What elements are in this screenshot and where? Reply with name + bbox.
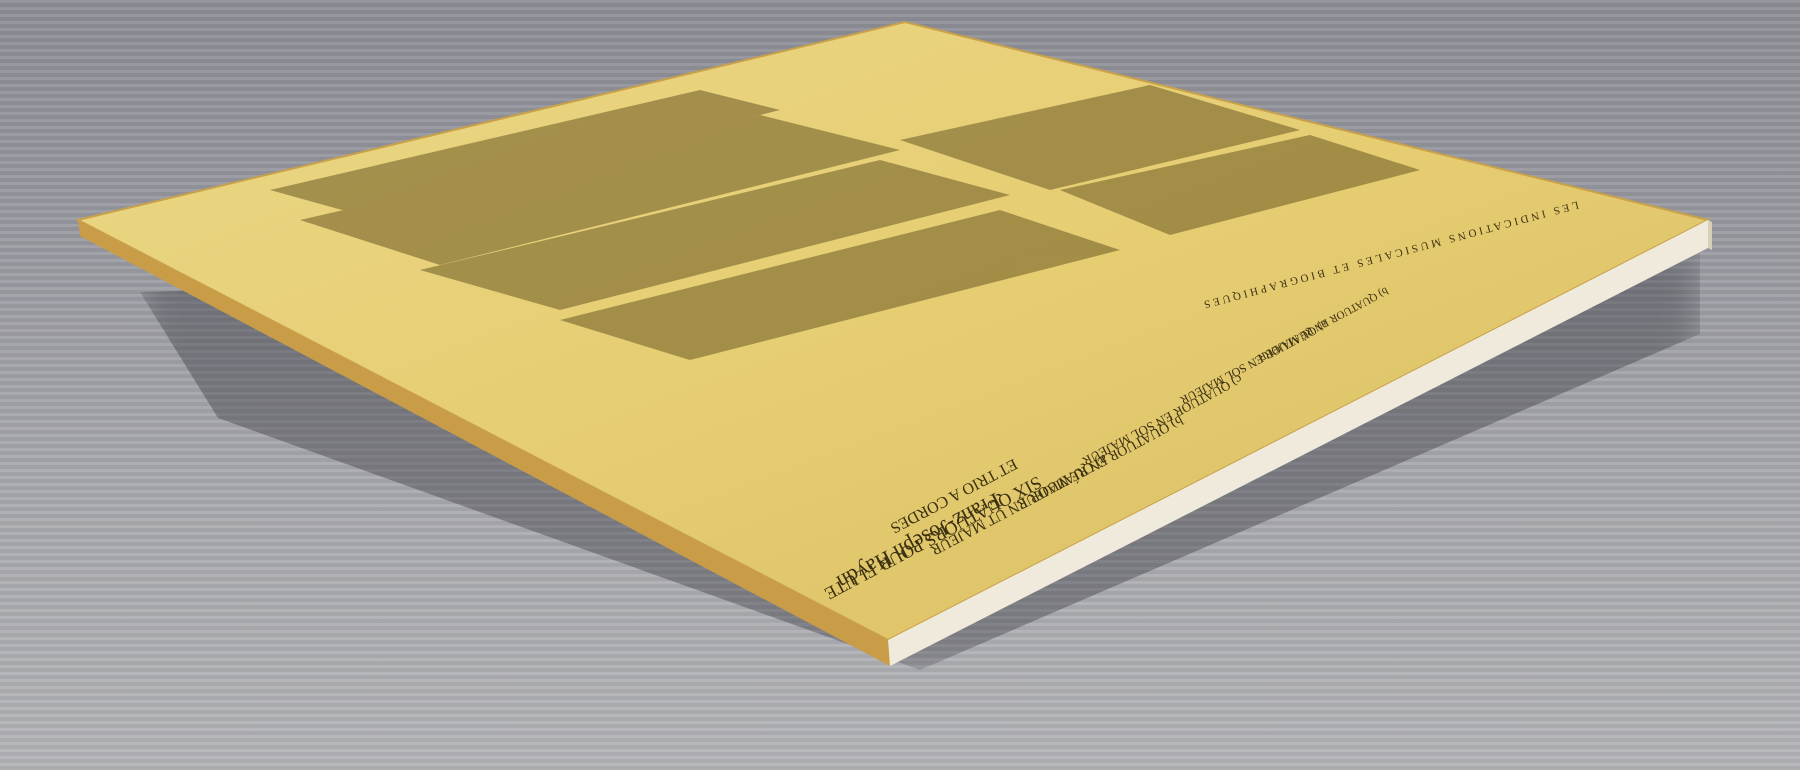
record-sleeve — [0, 0, 1800, 770]
